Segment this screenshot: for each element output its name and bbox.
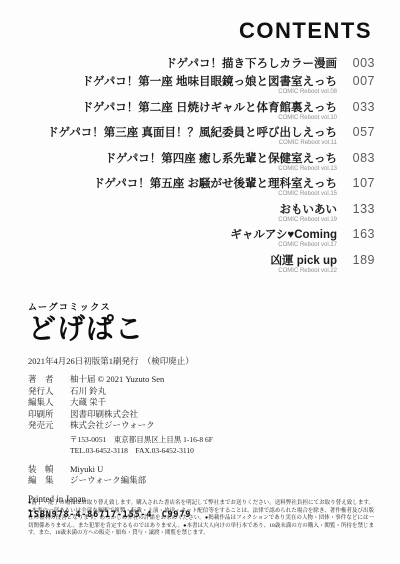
- toc-entry-source: COMIC Reboot vol.10: [278, 115, 337, 123]
- table-of-contents: ドゲパコ！描き下ろしカラー漫画 003 ドゲパコ！第一座 地味目眼鏡っ娘と図書室…: [47, 56, 375, 278]
- credit-value: 石川 鈴丸: [70, 386, 106, 398]
- toc-entry-title: 凶運 pick up: [271, 254, 337, 268]
- toc-entry-source: COMIC Reboot vol.17: [278, 242, 337, 250]
- toc-entry-source: COMIC Reboot vol.08: [278, 89, 337, 97]
- credit-label: 装 幀: [28, 464, 70, 476]
- toc-entry-page-number: 107: [347, 176, 375, 190]
- toc-entry-page-number: 007: [347, 74, 375, 88]
- publisher-address: 〒153-0051 東京都目黒区上目黒 1-16-8 6F TEL.03-645…: [70, 434, 378, 456]
- toc-entry-page-number: 003: [347, 56, 375, 70]
- toc-entry-source: COMIC Reboot vol.15: [278, 191, 337, 199]
- toc-entry-main: ドゲパコ！第三座 真面目！？風紀委員と呼び出しえっち 057: [47, 125, 375, 140]
- credit-value: ジーウォーク編集部: [70, 475, 146, 487]
- toc-entry-source: COMIC Reboot vol.22: [278, 268, 337, 276]
- book-title: どげぱこ: [28, 313, 378, 345]
- imprint-label: ムーグコミックス: [28, 300, 378, 313]
- credit-label: 発行人: [28, 386, 70, 398]
- colophon: ムーグコミックス どげぱこ 2021年4月26日初版第1刷発行 （検印廃止） 著…: [28, 300, 378, 520]
- credit-value: 大蔵 栄千: [70, 397, 106, 409]
- toc-entry: ドゲパコ！第二座 日焼けギャルと体育館裏えっち 033 COMIC Reboot…: [82, 100, 375, 123]
- credit-label: 印刷所: [28, 409, 70, 421]
- credits-list-secondary: 装 幀 Miyuki U 編 集 ジーウォーク編集部: [28, 464, 378, 487]
- credit-row: 編 集 ジーウォーク編集部: [28, 475, 378, 487]
- credit-row: 著 者 柚十届 © 2021 Yuzuto Sen: [28, 374, 378, 386]
- toc-entry-main: ギャルアシ♥Coming 163: [230, 227, 375, 242]
- credit-value: 株式会社ジーウォーク: [70, 420, 155, 432]
- credit-row: 印刷所 図書印刷株式会社: [28, 409, 378, 421]
- toc-entry-source: COMIC Reboot vol.13: [278, 166, 337, 174]
- toc-entry: おもいあい 133 COMIC Reboot vol.19: [278, 202, 375, 225]
- toc-entry-title: ドゲパコ！第四座 癒し系先輩と保健室えっち: [105, 152, 337, 166]
- toc-entry-title: ドゲパコ！第五座 お騒がせ後輩と理科室えっち: [93, 177, 337, 191]
- toc-entry-main: ドゲパコ！第一座 地味目眼鏡っ娘と図書室えっち 007: [82, 74, 375, 89]
- credit-value: 柚十届 © 2021 Yuzuto Sen: [70, 374, 164, 386]
- toc-entry-main: ドゲパコ！第二座 日焼けギャルと体育館裏えっち 033: [82, 100, 375, 115]
- toc-entry: ドゲパコ！描き下ろしカラー漫画 003: [165, 56, 375, 71]
- toc-entry: ドゲパコ！第四座 癒し系先輩と保健室えっち 083 COMIC Reboot v…: [105, 151, 375, 174]
- toc-entry-main: 凶運 pick up 189: [271, 253, 375, 268]
- page-title: CONTENTS: [239, 18, 372, 44]
- book-contents-page: CONTENTS ドゲパコ！描き下ろしカラー漫画 003 ドゲパコ！第一座 地味…: [0, 0, 400, 564]
- toc-entry: ドゲパコ！第一座 地味目眼鏡っ娘と図書室えっち 007 COMIC Reboot…: [82, 74, 375, 97]
- toc-entry-title: ドゲパコ！第三座 真面目！？風紀委員と呼び出しえっち: [47, 126, 337, 140]
- address-line: TEL.03-6452-3118 FAX.03-6452-3110: [70, 445, 378, 456]
- credit-row: 装 幀 Miyuki U: [28, 464, 378, 476]
- edition-line: 2021年4月26日初版第1刷発行 （検印廃止）: [28, 355, 378, 367]
- credit-row: 編集人 大蔵 栄千: [28, 397, 378, 409]
- toc-entry-main: ドゲパコ！第四座 癒し系先輩と保健室えっち 083: [105, 151, 375, 166]
- credit-label: 編 集: [28, 475, 70, 487]
- credit-label: 編集人: [28, 397, 70, 409]
- credit-row: 発売元 株式会社ジーウォーク: [28, 420, 378, 432]
- address-line: 〒153-0051 東京都目黒区上目黒 1-16-8 6F: [70, 434, 378, 445]
- toc-entry-page-number: 189: [347, 253, 375, 267]
- credit-label: 発売元: [28, 420, 70, 432]
- credits-list: 著 者 柚十届 © 2021 Yuzuto Sen 発行人 石川 鈴丸 編集人 …: [28, 374, 378, 432]
- credit-value: 図書印刷株式会社: [70, 409, 138, 421]
- legal-fine-print: ●落丁・乱丁の場合はお取り替え致します。購入された書店名を明記して弊社までお送り…: [28, 500, 374, 538]
- toc-entry-source: COMIC Reboot vol.11: [279, 140, 337, 148]
- credit-value: Miyuki U: [70, 464, 103, 476]
- toc-entry-page-number: 083: [347, 151, 375, 165]
- toc-entry-title: ドゲパコ！描き下ろしカラー漫画: [165, 57, 337, 71]
- toc-entry-main: ドゲパコ！第五座 お騒がせ後輩と理科室えっち 107: [93, 176, 375, 191]
- toc-entry-title: ギャルアシ♥Coming: [230, 228, 337, 242]
- toc-entry-title: おもいあい: [280, 203, 338, 217]
- toc-entry: 凶運 pick up 189 COMIC Reboot vol.22: [271, 253, 375, 276]
- toc-entry: ギャルアシ♥Coming 163 COMIC Reboot vol.17: [230, 227, 375, 250]
- toc-entry-page-number: 033: [347, 100, 375, 114]
- toc-entry-page-number: 133: [347, 202, 375, 216]
- toc-entry-main: ドゲパコ！描き下ろしカラー漫画 003: [165, 56, 375, 71]
- toc-entry-source: COMIC Reboot vol.19: [278, 217, 337, 225]
- toc-entry-main: おもいあい 133: [280, 202, 376, 217]
- toc-entry-page-number: 057: [347, 125, 375, 139]
- toc-entry-title: ドゲパコ！第一座 地味目眼鏡っ娘と図書室えっち: [82, 75, 337, 89]
- toc-entry-title: ドゲパコ！第二座 日焼けギャルと体育館裏えっち: [82, 101, 337, 115]
- toc-entry: ドゲパコ！第五座 お騒がせ後輩と理科室えっち 107 COMIC Reboot …: [93, 176, 375, 199]
- credit-row: 発行人 石川 鈴丸: [28, 386, 378, 398]
- toc-entry-page-number: 163: [347, 227, 375, 241]
- toc-entry: ドゲパコ！第三座 真面目！？風紀委員と呼び出しえっち 057 COMIC Reb…: [47, 125, 375, 148]
- credit-label: 著 者: [28, 374, 70, 386]
